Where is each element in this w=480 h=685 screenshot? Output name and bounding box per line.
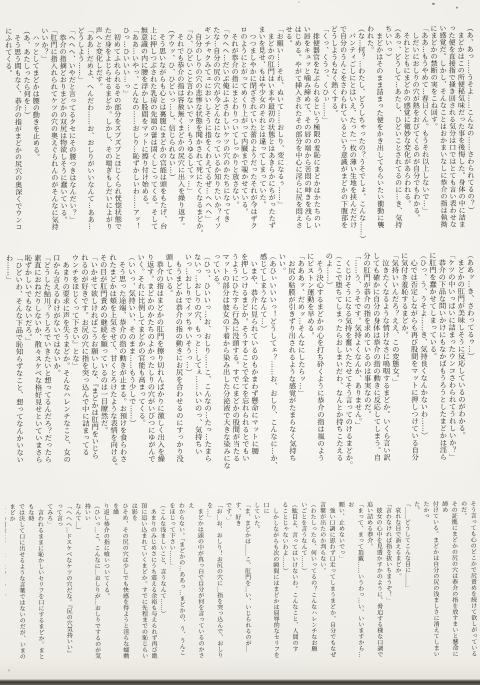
scan-bottom-edge-shadow <box>0 679 480 685</box>
scan-noise-speck <box>8 669 10 671</box>
text-block-middle: （ああッ…き、さわってるゥ…） まどかの肛門が美味しそうに反応しているのがわかる… <box>3 252 476 493</box>
page-content: （あ、あっ……うそよ……こんなの……さわられてるの？） まどかはこの所便秘気味だ… <box>0 0 480 685</box>
scan-noise-speck <box>432 3 435 5</box>
scan-noise-speck <box>456 7 458 9</box>
scanned-page: （あ、あっ……うそよ……こんなの……さわられてるの？） まどかはこの所便秘気味だ… <box>0 0 480 685</box>
text-block-bottom: そう言っても心のどこかで尻責めを続けて欲しがっているのだ。 その証拠にまどかの尻… <box>5 501 478 662</box>
scan-noise-speck <box>298 2 300 3</box>
text-block-top: （あ、あっ……うそよ……こんなの……さわられてるの？） まどかはこの所便秘気味だ… <box>2 25 475 250</box>
